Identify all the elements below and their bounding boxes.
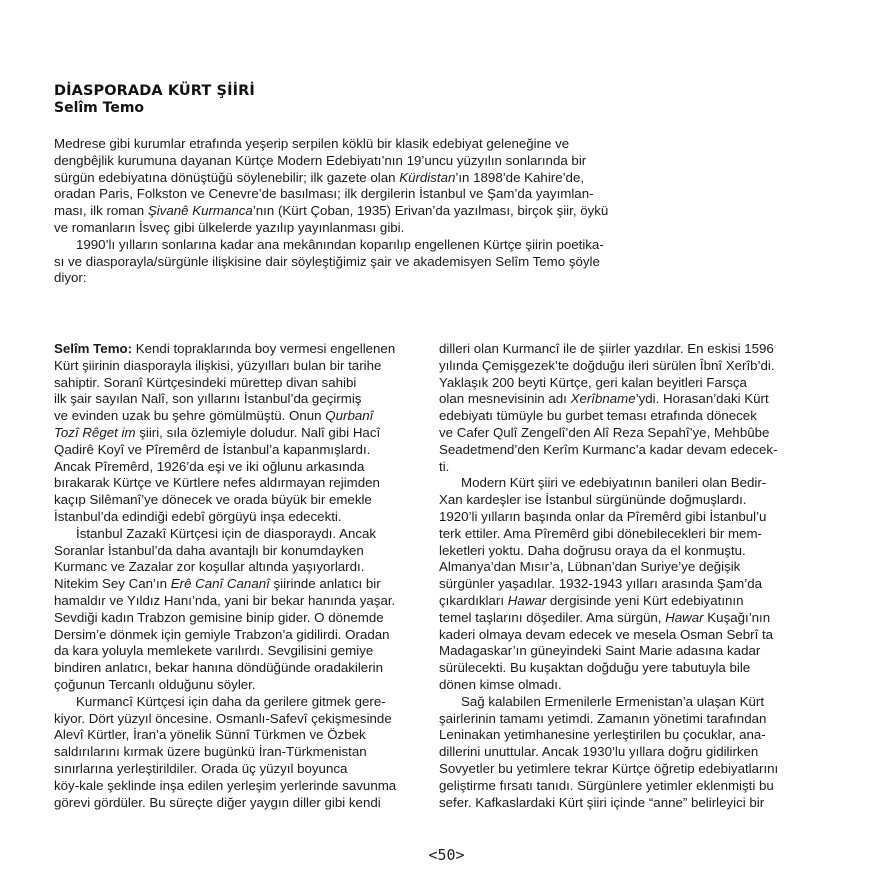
text-line: Soranlar İstanbul’da daha avantajlı bir …	[54, 543, 426, 560]
text-run: Modern Kürt şiiri ve edebiyatının banile…	[461, 475, 766, 490]
text-line: yılında Çemişgezek’te doğduğu ileri sürü…	[439, 358, 811, 375]
intro-paragraph: Medrese gibi kurumlar etrafında yeşerip …	[54, 136, 664, 287]
text-line: sürülecekti. Bu kuşaktan doğduğu yere ta…	[439, 660, 811, 677]
text-line: köy-kale şeklinde inşa edilen yerleşim y…	[54, 778, 426, 795]
text-line: diyor:	[54, 270, 664, 287]
text-line: bindiren anlatıcı, bekar hanına döndüğün…	[54, 660, 426, 677]
italic-title: Şivanê Kurmanca	[148, 203, 253, 218]
text-line: Ancak Pîremêrd, 1926’da eşi ve iki oğlun…	[54, 459, 426, 476]
text-run: temel taşlarını döşediler. Ama sürgün,	[439, 610, 665, 625]
right-column: dilleri olan Kurmancî ile de şiirler yaz…	[439, 341, 811, 811]
italic-title: Hawar	[508, 593, 546, 608]
text-line: dillerini unuttular. Ancak 1930’lu yılla…	[439, 744, 811, 761]
text-run: kiyor. Dört yüzyıl öncesine. Osmanlı-Saf…	[54, 711, 392, 726]
text-run: leketleri yoktu. Daha doğrusu oraya da e…	[439, 543, 746, 558]
text-run: Soranlar İstanbul’da daha avantajlı bir …	[54, 543, 364, 558]
text-run: ve Cafer Qulî Zengelî’den Alî Reza Sepah…	[439, 425, 769, 440]
text-run: Kendi topraklarında boy vermesi engellen…	[132, 341, 395, 356]
text-line: ti.	[439, 459, 811, 476]
text-line: şairlerinin tamamı yetimdi. Zamanın yöne…	[439, 711, 811, 728]
text-line: Sağ kalabilen Ermenilerle Ermenistan’a u…	[439, 694, 811, 711]
text-line: İstanbul Zazakî Kürtçesi için de diaspor…	[54, 526, 426, 543]
text-line: dilleri olan Kurmancî ile de şiirler yaz…	[439, 341, 811, 358]
text-line: dengbêjlik kurumuna dayanan Kürtçe Moder…	[54, 153, 664, 170]
text-line: Sevdiği kadın Trabzon gemisine binip gid…	[54, 610, 426, 627]
text-run: sahiptir. Soranî Kürtçesindeki mürettep …	[54, 375, 356, 390]
left-column: Selîm Temo: Kendi topraklarında boy verm…	[54, 341, 426, 811]
text-line: Yaklaşık 200 beyti Kürtçe, geri kalan be…	[439, 375, 811, 392]
text-run: ti.	[439, 459, 449, 474]
text-run: diyor:	[54, 270, 87, 285]
text-run: 1990’lı yılların sonlarına kadar ana mek…	[76, 237, 604, 252]
italic-title: Xerîbname	[571, 391, 636, 406]
text-line: sınırlarına yerleştirildiler. Orada üç y…	[54, 761, 426, 778]
italic-title: Erê Canî Cananî	[171, 576, 270, 591]
text-line: saldırılarını kırmak üzere bugünkü İran-…	[54, 744, 426, 761]
text-run: da kara yoluyla memlekete varılırdı. Sev…	[54, 643, 373, 658]
text-line: kaçıp Silêmanî’ye dönecek ve orada büyük…	[54, 492, 426, 509]
text-run: Leninakan yetimhanesine yerleştirilen bu…	[439, 727, 766, 742]
text-line: hamaldır ve Yıldız Hanı’nda, yani bir be…	[54, 593, 426, 610]
text-run: bindiren anlatıcı, bekar hanına döndüğün…	[54, 660, 383, 675]
text-run: saldırılarını kırmak üzere bugünkü İran-…	[54, 744, 367, 759]
text-line: temel taşlarını döşediler. Ama sürgün, H…	[439, 610, 811, 627]
text-line: dönen kimse olmadı.	[439, 677, 811, 694]
italic-title: Qurbanî	[325, 408, 373, 423]
text-line: Selîm Temo: Kendi topraklarında boy verm…	[54, 341, 426, 358]
text-run: ve evinden uzak bu şehre gömülmüştü. Onu…	[54, 408, 325, 423]
text-line: Madagaskar’ın güneyindeki Saint Marie ad…	[439, 643, 811, 660]
text-run: edebiyatı tümüyle bu gurbet teması etraf…	[439, 408, 757, 423]
text-line: çıkardıkları Hawar dergisinde yeni Kürt …	[439, 593, 811, 610]
text-run: Sağ kalabilen Ermenilerle Ermenistan’a u…	[461, 694, 764, 709]
text-run: çıkardıkları	[439, 593, 508, 608]
text-run: şiiri, sıla özlemiyle doludur. Nalî gibi…	[136, 425, 381, 440]
text-run: Kurmanc ve Zazalar zor koşullar altında …	[54, 559, 364, 574]
text-run: olan mesnevisinin adı	[439, 391, 571, 406]
text-line: Kurmanc ve Zazalar zor koşullar altında …	[54, 559, 426, 576]
text-line: İstanbul’da edindiği edebî görgüyü inşa …	[54, 509, 426, 526]
text-run: Kürt şiirinin diasporayla ilişkisi, yüzy…	[54, 358, 381, 373]
text-run: İstanbul’da edindiği edebî görgüyü inşa …	[54, 509, 342, 524]
text-run: çoğunun Tercanlı olduğunu söyler.	[54, 677, 256, 692]
text-run: Madagaskar’ın güneyindeki Saint Marie ad…	[439, 643, 760, 658]
text-run: köy-kale şeklinde inşa edilen yerleşim y…	[54, 778, 396, 793]
text-run: Almanya’dan Mısır’a, Lübnan’dan Suriye’y…	[439, 559, 740, 574]
text-line: Tozî Rêget im şiiri, sıla özlemiyle dolu…	[54, 425, 426, 442]
page-number: <50>	[0, 846, 893, 864]
text-run: sürgün edebiyatına dönüştüğü söylenebili…	[54, 170, 399, 185]
text-line: Leninakan yetimhanesine yerleştirilen bu…	[439, 727, 811, 744]
text-line: da kara yoluyla memlekete varılırdı. Sev…	[54, 643, 426, 660]
text-line: sefer. Kafkaslardaki Kürt şiiri içinde “…	[439, 795, 811, 812]
text-run: dengbêjlik kurumuna dayanan Kürtçe Moder…	[54, 153, 586, 168]
text-run: 1920’li yılların başında onlar da Pîremê…	[439, 509, 766, 524]
text-run: Kuşağı’nın	[704, 610, 771, 625]
text-run: şiirinde anlatıcı bir	[270, 576, 381, 591]
text-line: Medrese gibi kurumlar etrafında yeşerip …	[54, 136, 664, 153]
text-line: Dersim’e dönmek için gemiyle Trabzon’a g…	[54, 627, 426, 644]
text-run: oradan Paris, Folkston ve Cenevre’de bas…	[54, 186, 594, 201]
text-line: ilk şair sayılan Nalî, son yıllarını İst…	[54, 391, 426, 408]
text-line: sürgünler yaşadılar. 1932-1943 yılları a…	[439, 576, 811, 593]
text-run: sefer. Kafkaslardaki Kürt şiiri içinde “…	[439, 795, 764, 810]
text-line: Xan kardeşler ise İstanbul sürgününde do…	[439, 492, 811, 509]
text-line: Qadirê Koyî ve Pîremêrd de İstanbul’a ka…	[54, 442, 426, 459]
text-run: Yaklaşık 200 beyti Kürtçe, geri kalan be…	[439, 375, 747, 390]
text-run: dillerini unuttular. Ancak 1930’lu yılla…	[439, 744, 758, 759]
text-line: olan mesnevisinin adı Xerîbname’ydi. Hor…	[439, 391, 811, 408]
text-run: Nitekim Sey Can’ın	[54, 576, 171, 591]
text-line: sı ve diasporayla/sürgünle ilişkisine da…	[54, 254, 664, 271]
text-line: oradan Paris, Folkston ve Cenevre’de bas…	[54, 186, 664, 203]
text-line: sahiptir. Soranî Kürtçesindeki mürettep …	[54, 375, 426, 392]
text-line: Nitekim Sey Can’ın Erê Canî Cananî şiiri…	[54, 576, 426, 593]
text-run: yılında Çemişgezek’te doğduğu ileri sürü…	[439, 358, 775, 373]
text-line: ve romanların İsveç gibi ülkelerde yazıl…	[54, 220, 664, 237]
text-line: Sovyetler bu yetimlere tekrar Kürtçe öğr…	[439, 761, 811, 778]
text-run: ’ydi. Horasan’daki Kürt	[636, 391, 769, 406]
text-line: Seadetmend’den Kerîm Kurmanc’a kadar dev…	[439, 442, 811, 459]
article-author: Selîm Temo	[54, 100, 255, 117]
article-header: DİASPORADA KÜRT ŞİİRİ Selîm Temo	[54, 83, 255, 117]
text-line: 1990’lı yılların sonlarına kadar ana mek…	[54, 237, 664, 254]
text-line: 1920’li yılların başında onlar da Pîremê…	[439, 509, 811, 526]
text-run: kaçıp Silêmanî’ye dönecek ve orada büyük…	[54, 492, 372, 507]
text-line: ve Cafer Qulî Zengelî’den Alî Reza Sepah…	[439, 425, 811, 442]
magazine-page: DİASPORADA KÜRT ŞİİRİ Selîm Temo Medrese…	[0, 0, 893, 877]
text-line: Kurmancî Kürtçesi için daha da gerilere …	[54, 694, 426, 711]
text-run: Seadetmend’den Kerîm Kurmanc’a kadar dev…	[439, 442, 778, 457]
text-run: sı ve diasporayla/sürgünle ilişkisine da…	[54, 254, 600, 269]
text-run: bırakarak Kürtçe ve Kürtlere nefes aldır…	[54, 475, 380, 490]
text-line: kaderi olmaya devam edecek ve mesela Osm…	[439, 627, 811, 644]
text-run: sürülecekti. Bu kuşaktan doğduğu yere ta…	[439, 660, 750, 675]
text-run: sınırlarına yerleştirildiler. Orada üç y…	[54, 761, 347, 776]
text-run: ması, ilk roman	[54, 203, 148, 218]
text-line: terk ettiler. Ama Pîremêrd gibi dönebile…	[439, 526, 811, 543]
text-line: görevi gördüler. Bu süreçte diğer yaygın…	[54, 795, 426, 812]
italic-title: Kürdistan	[399, 170, 455, 185]
text-run: Qadirê Koyî ve Pîremêrd de İstanbul’a ka…	[54, 442, 370, 457]
italic-title: Tozî Rêget im	[54, 425, 136, 440]
text-line: Alevî Kürtler, İran’a yönelik Sünnî Türk…	[54, 727, 426, 744]
text-run: Dersim’e dönmek için gemiyle Trabzon’a g…	[54, 627, 390, 642]
text-run: dilleri olan Kurmancî ile de şiirler yaz…	[439, 341, 774, 356]
text-line: çoğunun Tercanlı olduğunu söyler.	[54, 677, 426, 694]
text-run: sürgünler yaşadılar. 1932-1943 yılları a…	[439, 576, 762, 591]
text-run: Sovyetler bu yetimlere tekrar Kürtçe öğr…	[439, 761, 778, 776]
speaker-label: Selîm Temo:	[54, 341, 132, 356]
text-line: leketleri yoktu. Daha doğrusu oraya da e…	[439, 543, 811, 560]
text-run: dönen kimse olmadı.	[439, 677, 562, 692]
text-run: Alevî Kürtler, İran’a yönelik Sünnî Türk…	[54, 727, 366, 742]
text-line: geliştirme fırsatı tanıdı. Sürgünlere ye…	[439, 778, 811, 795]
text-line: sürgün edebiyatına dönüştüğü söylenebili…	[54, 170, 664, 187]
text-run: İstanbul Zazakî Kürtçesi için de diaspor…	[76, 526, 376, 541]
text-run: Sevdiği kadın Trabzon gemisine binip gid…	[54, 610, 384, 625]
text-line: bırakarak Kürtçe ve Kürtlere nefes aldır…	[54, 475, 426, 492]
text-run: Kurmancî Kürtçesi için daha da gerilere …	[76, 694, 386, 709]
italic-title: Hawar	[665, 610, 703, 625]
text-run: hamaldır ve Yıldız Hanı’nda, yani bir be…	[54, 593, 395, 608]
text-run: terk ettiler. Ama Pîremêrd gibi dönebile…	[439, 526, 762, 541]
text-line: Almanya’dan Mısır’a, Lübnan’dan Suriye’y…	[439, 559, 811, 576]
text-run: Ancak Pîremêrd, 1926’da eşi ve iki oğlun…	[54, 459, 364, 474]
text-run: görevi gördüler. Bu süreçte diğer yaygın…	[54, 795, 381, 810]
text-run: geliştirme fırsatı tanıdı. Sürgünlere ye…	[439, 778, 774, 793]
text-run: ’nın (Kürt Çoban, 1935) Erivan’da yazılm…	[253, 203, 608, 218]
text-run: Xan kardeşler ise İstanbul sürgününde do…	[439, 492, 747, 507]
text-line: Kürt şiirinin diasporayla ilişkisi, yüzy…	[54, 358, 426, 375]
text-line: Modern Kürt şiiri ve edebiyatının banile…	[439, 475, 811, 492]
text-run: şairlerinin tamamı yetimdi. Zamanın yöne…	[439, 711, 766, 726]
text-line: ması, ilk roman Şivanê Kurmanca’nın (Kür…	[54, 203, 664, 220]
text-line: ve evinden uzak bu şehre gömülmüştü. Onu…	[54, 408, 426, 425]
text-run: ilk şair sayılan Nalî, son yıllarını İst…	[54, 391, 361, 406]
text-run: kaderi olmaya devam edecek ve mesela Osm…	[439, 627, 773, 642]
text-run: dergisinde yeni Kürt edebiyatının	[546, 593, 743, 608]
article-title: DİASPORADA KÜRT ŞİİRİ	[54, 83, 255, 100]
text-run: Medrese gibi kurumlar etrafında yeşerip …	[54, 136, 569, 151]
text-run: ’ın 1898’de Kahire’de,	[455, 170, 584, 185]
text-line: edebiyatı tümüyle bu gurbet teması etraf…	[439, 408, 811, 425]
text-run: ve romanların İsveç gibi ülkelerde yazıl…	[54, 220, 404, 235]
text-line: kiyor. Dört yüzyıl öncesine. Osmanlı-Saf…	[54, 711, 426, 728]
